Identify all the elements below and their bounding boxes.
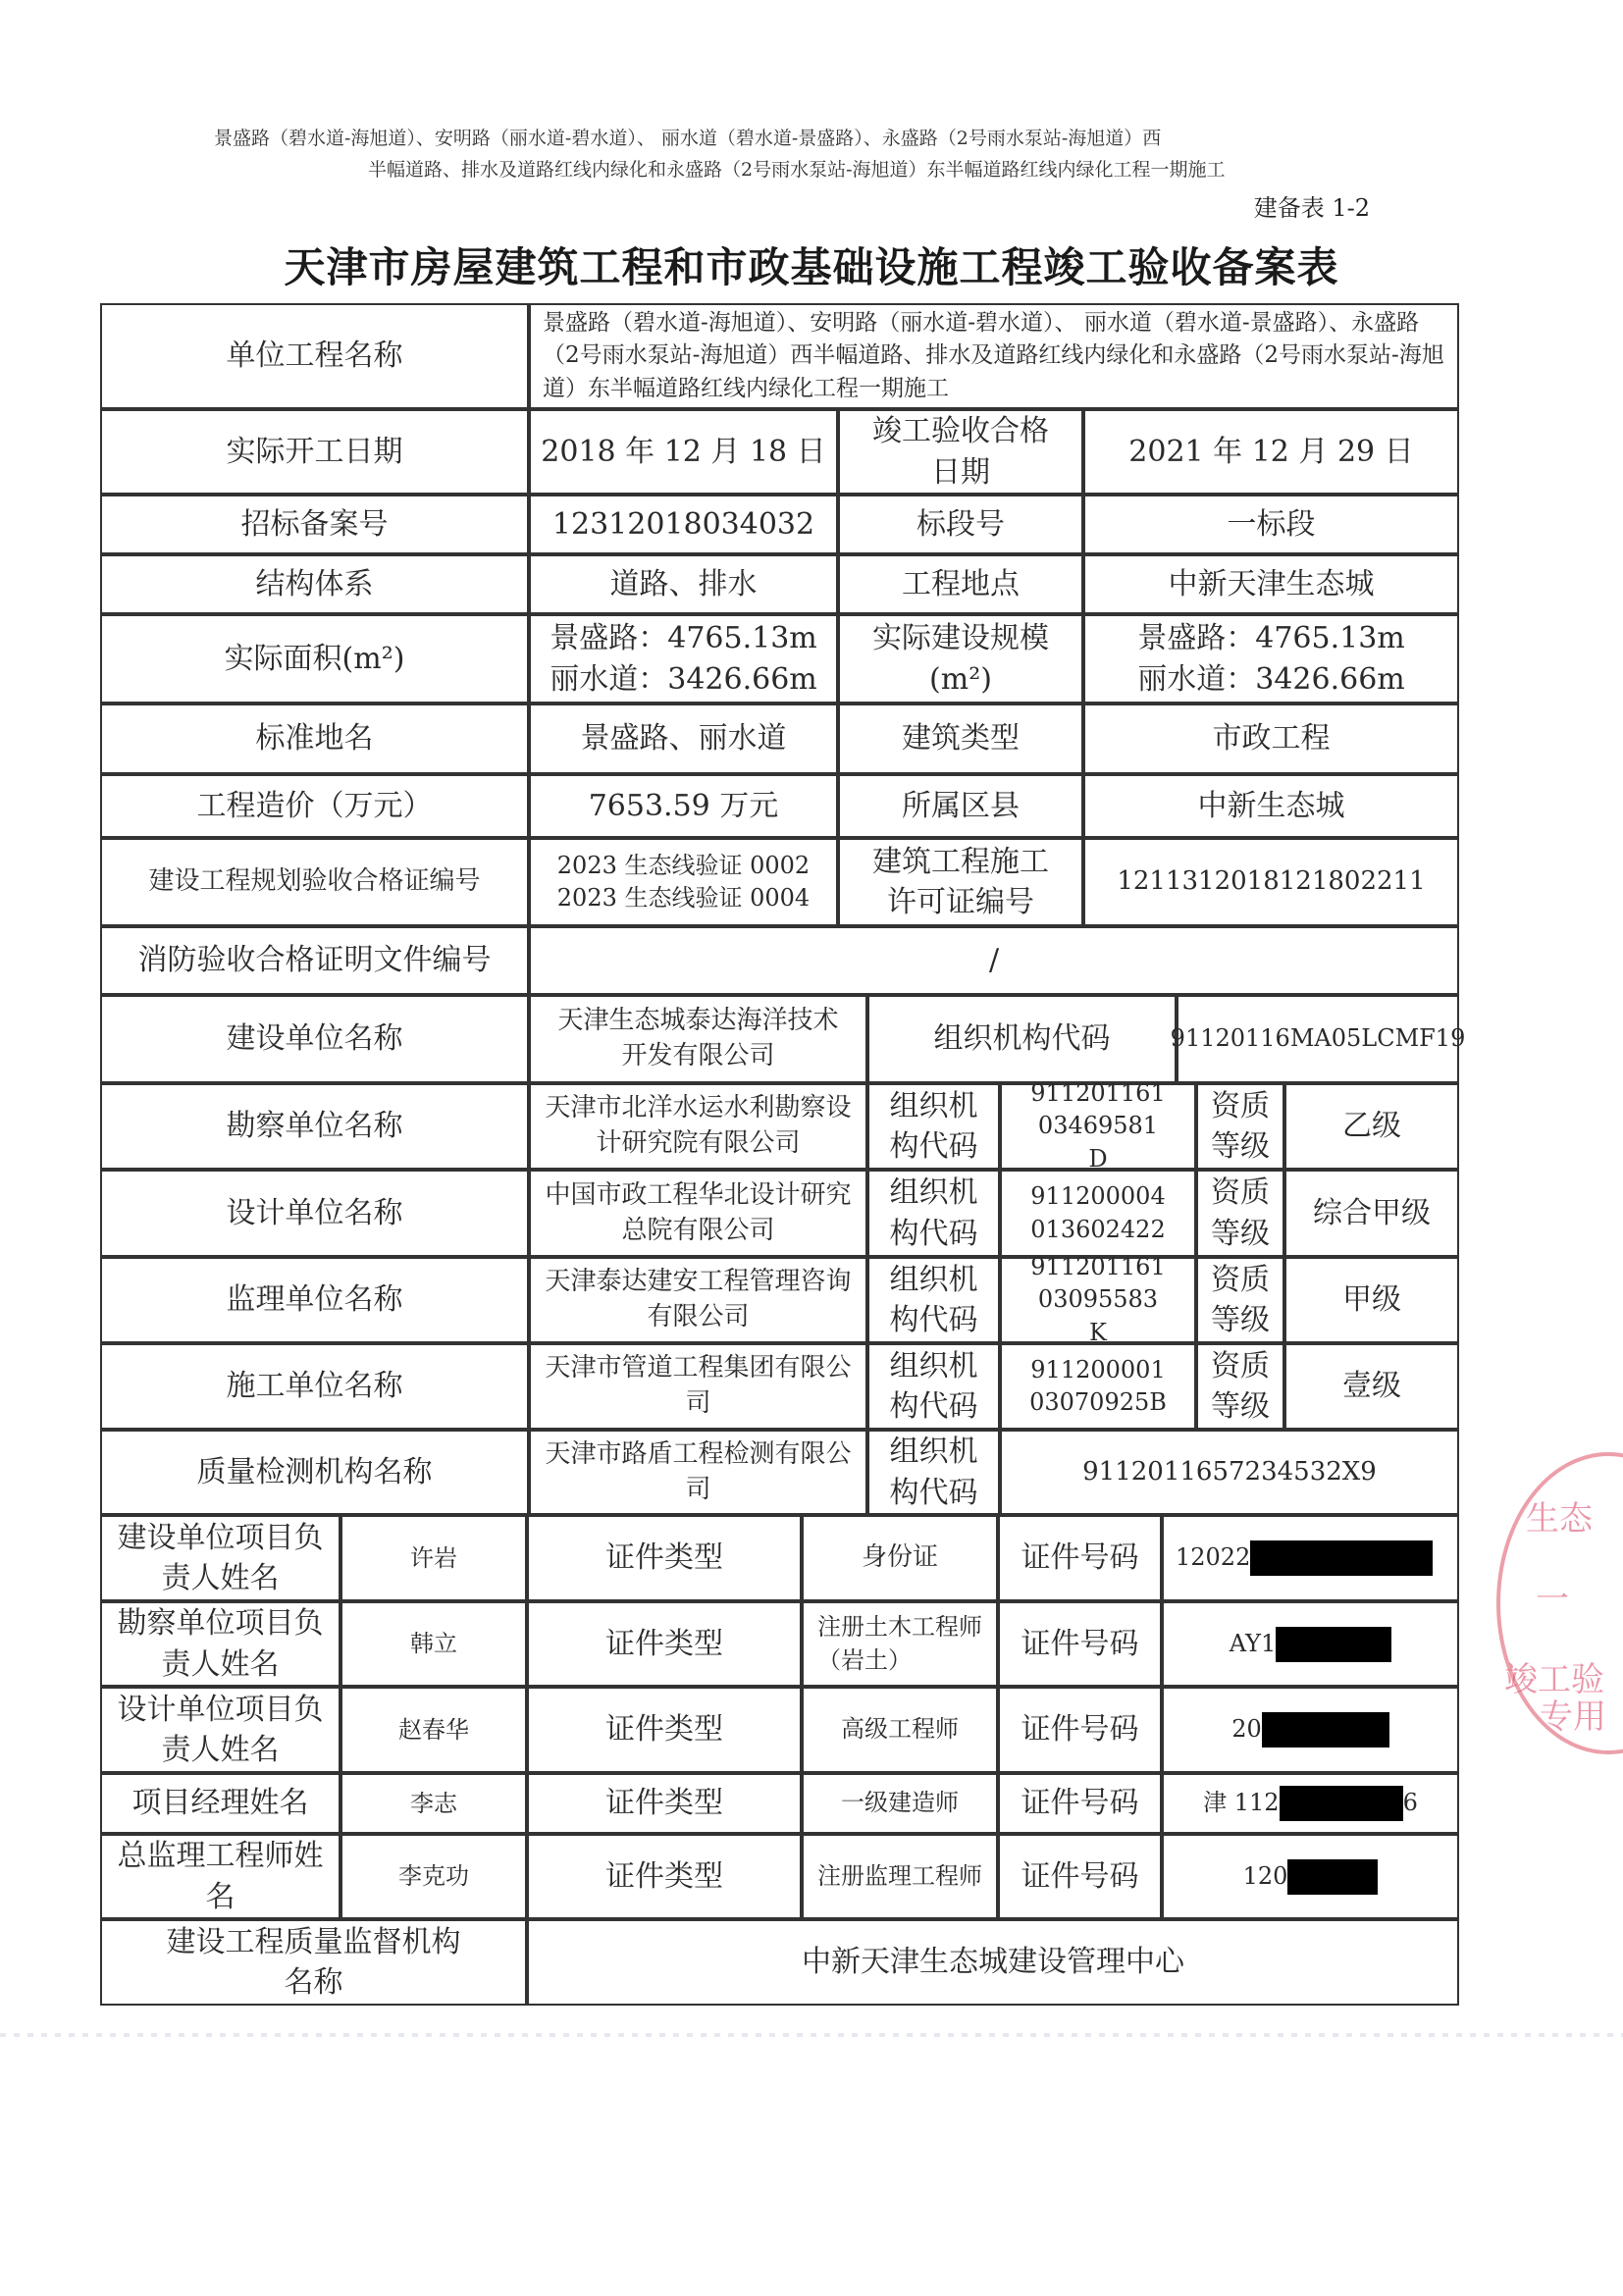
bid-no-label: 招标备案号 <box>100 495 529 554</box>
cert-type-label-1: 证件类型 <box>527 1601 802 1687</box>
unit-name-1: 天津市北洋水运水利勘察设计研究院有限公司 <box>529 1083 867 1170</box>
project-name-value: 景盛路（碧水道-海旭道）、安明路（丽水道-碧水道）、 丽水道（碧水道-景盛路）、… <box>529 303 1459 409</box>
plan-cert-1: 2023 生态线验证 0002 <box>557 850 810 882</box>
cert-type-label-3: 证件类型 <box>527 1773 802 1834</box>
person-role-0: 建设单位项目负责人姓名 <box>100 1515 340 1601</box>
unit-code-label-1: 组织机构代码 <box>867 1083 1000 1170</box>
cert-no-visible-4: 120 <box>1243 1860 1288 1893</box>
person-name-1: 韩立 <box>340 1601 527 1687</box>
unit-qual-label-2: 资质等级 <box>1196 1170 1284 1257</box>
unit-code-4: 91120000103070925B <box>1000 1343 1196 1430</box>
cert-no-3: 津 1126 <box>1162 1773 1459 1834</box>
unit-code-1: 91120116103469581D <box>1000 1083 1196 1170</box>
supervision-value: 中新天津生态城建设管理中心 <box>527 1919 1459 2006</box>
bid-no-value: 12312018034032 <box>529 495 838 554</box>
red-seal-stamp: 生态 一 竣工验 专用 <box>1496 1452 1623 1754</box>
unit-qual-label-4: 资质等级 <box>1196 1343 1284 1430</box>
redaction-bar <box>1250 1540 1433 1576</box>
area-value: 景盛路：4765.13m 丽水道：3426.66m <box>529 614 838 704</box>
cert-no-0: 12022 <box>1162 1515 1459 1601</box>
unit-label-1: 勘察单位名称 <box>100 1083 529 1170</box>
scan-artifact-line <box>0 2033 1623 2037</box>
district-value: 中新生态城 <box>1083 774 1459 838</box>
cost-label: 工程造价（万元） <box>100 774 529 838</box>
unit-code-0: 91120116MA05LCMF19 <box>1177 995 1459 1083</box>
std-name-value: 景盛路、丽水道 <box>529 704 838 774</box>
permit-label: 建筑工程施工许可证编号 <box>838 838 1083 926</box>
plan-cert-value: 2023 生态线验证 0002 2023 生态线验证 0004 <box>529 838 838 926</box>
cert-no-1: AY1 <box>1162 1601 1459 1687</box>
cert-no-label-3: 证件号码 <box>998 1773 1162 1834</box>
cost-value: 7653.59 万元 <box>529 774 838 838</box>
person-name-3: 李志 <box>340 1773 527 1834</box>
unit-code-3: 91120116103095583K <box>1000 1257 1196 1343</box>
area-line-1: 景盛路：4765.13m <box>550 618 817 658</box>
cert-type-label-2: 证件类型 <box>527 1687 802 1773</box>
acceptance-date-value: 2021 年 12 月 29 日 <box>1083 409 1459 495</box>
redaction-bar <box>1280 1786 1403 1821</box>
supervision-label: 建设工程质量监督机构名称 <box>100 1919 527 2006</box>
stamp-text-1: 生态 <box>1526 1491 1593 1539</box>
cert-no-visible-3: 津 112 <box>1203 1787 1279 1819</box>
unit-name-0: 天津生态城泰达海洋技术开发有限公司 <box>529 995 867 1083</box>
unit-code-5: 9112011657234532X9 <box>1000 1430 1459 1515</box>
cert-no-visible-1: AY1 <box>1230 1628 1276 1660</box>
unit-code-label-4: 组织机构代码 <box>867 1343 1000 1430</box>
std-name-label: 标准地名 <box>100 704 529 774</box>
location-value: 中新天津生态城 <box>1083 554 1459 614</box>
unit-grade-2: 综合甲级 <box>1284 1170 1459 1257</box>
cert-no-suffix-3: 6 <box>1403 1787 1418 1819</box>
unit-qual-label-1: 资质等级 <box>1196 1083 1284 1170</box>
area-line-2: 丽水道：3426.66m <box>550 659 817 700</box>
unit-name-3: 天津泰达建安工程管理咨询有限公司 <box>529 1257 867 1343</box>
stamp-text-4: 专用 <box>1540 1690 1606 1738</box>
plan-cert-label: 建设工程规划验收合格证编号 <box>100 838 529 926</box>
cert-type-label-0: 证件类型 <box>527 1515 802 1601</box>
unit-code-label-3: 组织机构代码 <box>867 1257 1000 1343</box>
section-value: 一标段 <box>1083 495 1459 554</box>
unit-code-2: 911200004013602422 <box>1000 1170 1196 1257</box>
project-name-label: 单位工程名称 <box>100 303 529 409</box>
unit-qual-label-3: 资质等级 <box>1196 1257 1284 1343</box>
cert-no-label-2: 证件号码 <box>998 1687 1162 1773</box>
cert-type-4: 注册监理工程师 <box>802 1834 998 1919</box>
person-role-2: 设计单位项目负责人姓名 <box>100 1687 340 1773</box>
redaction-bar <box>1287 1859 1378 1895</box>
cert-no-visible-2: 20 <box>1231 1713 1262 1746</box>
area-label: 实际面积(m²) <box>100 614 529 704</box>
unit-name-4: 天津市管道工程集团有限公司 <box>529 1343 867 1430</box>
cert-no-4: 120 <box>1162 1834 1459 1919</box>
build-type-label: 建筑类型 <box>838 704 1083 774</box>
cert-no-label-4: 证件号码 <box>998 1834 1162 1919</box>
unit-grade-4: 壹级 <box>1284 1343 1459 1430</box>
unit-label-0: 建设单位名称 <box>100 995 529 1083</box>
unit-grade-3: 甲级 <box>1284 1257 1459 1343</box>
unit-code-label-2: 组织机构代码 <box>867 1170 1000 1257</box>
cert-type-2: 高级工程师 <box>802 1687 998 1773</box>
acceptance-date-label: 竣工验收合格日期 <box>838 409 1083 495</box>
scale-label: 实际建设规模(m²) <box>838 614 1083 704</box>
section-label: 标段号 <box>838 495 1083 554</box>
person-role-4: 总监理工程师姓名 <box>100 1834 340 1919</box>
cert-type-1: 注册土木工程师（岩土） <box>802 1601 998 1687</box>
header-line-2: 半幅道路、排水及道路红线内绿化和永盛路（2号雨水泵站-海旭道）东半幅道路红线内绿… <box>368 155 1226 182</box>
start-date-value: 2018 年 12 月 18 日 <box>529 409 838 495</box>
scale-line-1: 景盛路：4765.13m <box>1137 618 1405 658</box>
district-label: 所属区县 <box>838 774 1083 838</box>
form-number: 建备表 1-2 <box>1254 188 1370 223</box>
scale-line-2: 丽水道：3426.66m <box>1137 659 1405 700</box>
cert-type-label-4: 证件类型 <box>527 1834 802 1919</box>
person-role-3: 项目经理姓名 <box>100 1773 340 1834</box>
structure-value: 道路、排水 <box>529 554 838 614</box>
person-name-2: 赵春华 <box>340 1687 527 1773</box>
cert-no-2: 20 <box>1162 1687 1459 1773</box>
unit-label-3: 监理单位名称 <box>100 1257 529 1343</box>
unit-grade-1: 乙级 <box>1284 1083 1459 1170</box>
unit-label-4: 施工单位名称 <box>100 1343 529 1430</box>
cert-no-visible-0: 12022 <box>1176 1541 1250 1574</box>
unit-label-2: 设计单位名称 <box>100 1170 529 1257</box>
redaction-bar <box>1276 1627 1391 1662</box>
start-date-label: 实际开工日期 <box>100 409 529 495</box>
fire-value: / <box>529 926 1459 995</box>
location-label: 工程地点 <box>838 554 1083 614</box>
unit-name-5: 天津市路盾工程检测有限公司 <box>529 1430 867 1515</box>
stamp-text-2: 一 <box>1536 1572 1569 1620</box>
unit-label-5: 质量检测机构名称 <box>100 1430 529 1515</box>
cert-no-label-0: 证件号码 <box>998 1515 1162 1601</box>
structure-label: 结构体系 <box>100 554 529 614</box>
unit-name-2: 中国市政工程华北设计研究总院有限公司 <box>529 1170 867 1257</box>
header-line-1: 景盛路（碧水道-海旭道）、安明路（丽水道-碧水道）、 丽水道（碧水道-景盛路）、… <box>214 124 1161 150</box>
person-name-4: 李克功 <box>340 1834 527 1919</box>
redaction-bar <box>1262 1712 1389 1748</box>
cert-type-3: 一级建造师 <box>802 1773 998 1834</box>
person-name-0: 许岩 <box>340 1515 527 1601</box>
page-title: 天津市房屋建筑工程和市政基础设施工程竣工验收备案表 <box>0 235 1623 294</box>
cert-no-label-1: 证件号码 <box>998 1601 1162 1687</box>
plan-cert-2: 2023 生态线验证 0004 <box>557 882 810 914</box>
cert-type-0: 身份证 <box>802 1515 998 1601</box>
unit-code-label-5: 组织机构代码 <box>867 1430 1000 1515</box>
person-role-1: 勘察单位项目负责人姓名 <box>100 1601 340 1687</box>
permit-value: 121131201812180221​1 <box>1083 838 1459 926</box>
scale-value: 景盛路：4765.13m 丽水道：3426.66m <box>1083 614 1459 704</box>
fire-label: 消防验收合格证明文件编号 <box>100 926 529 995</box>
build-type-value: 市政工程 <box>1083 704 1459 774</box>
unit-code-label-0: 组织机构代码 <box>867 995 1177 1083</box>
